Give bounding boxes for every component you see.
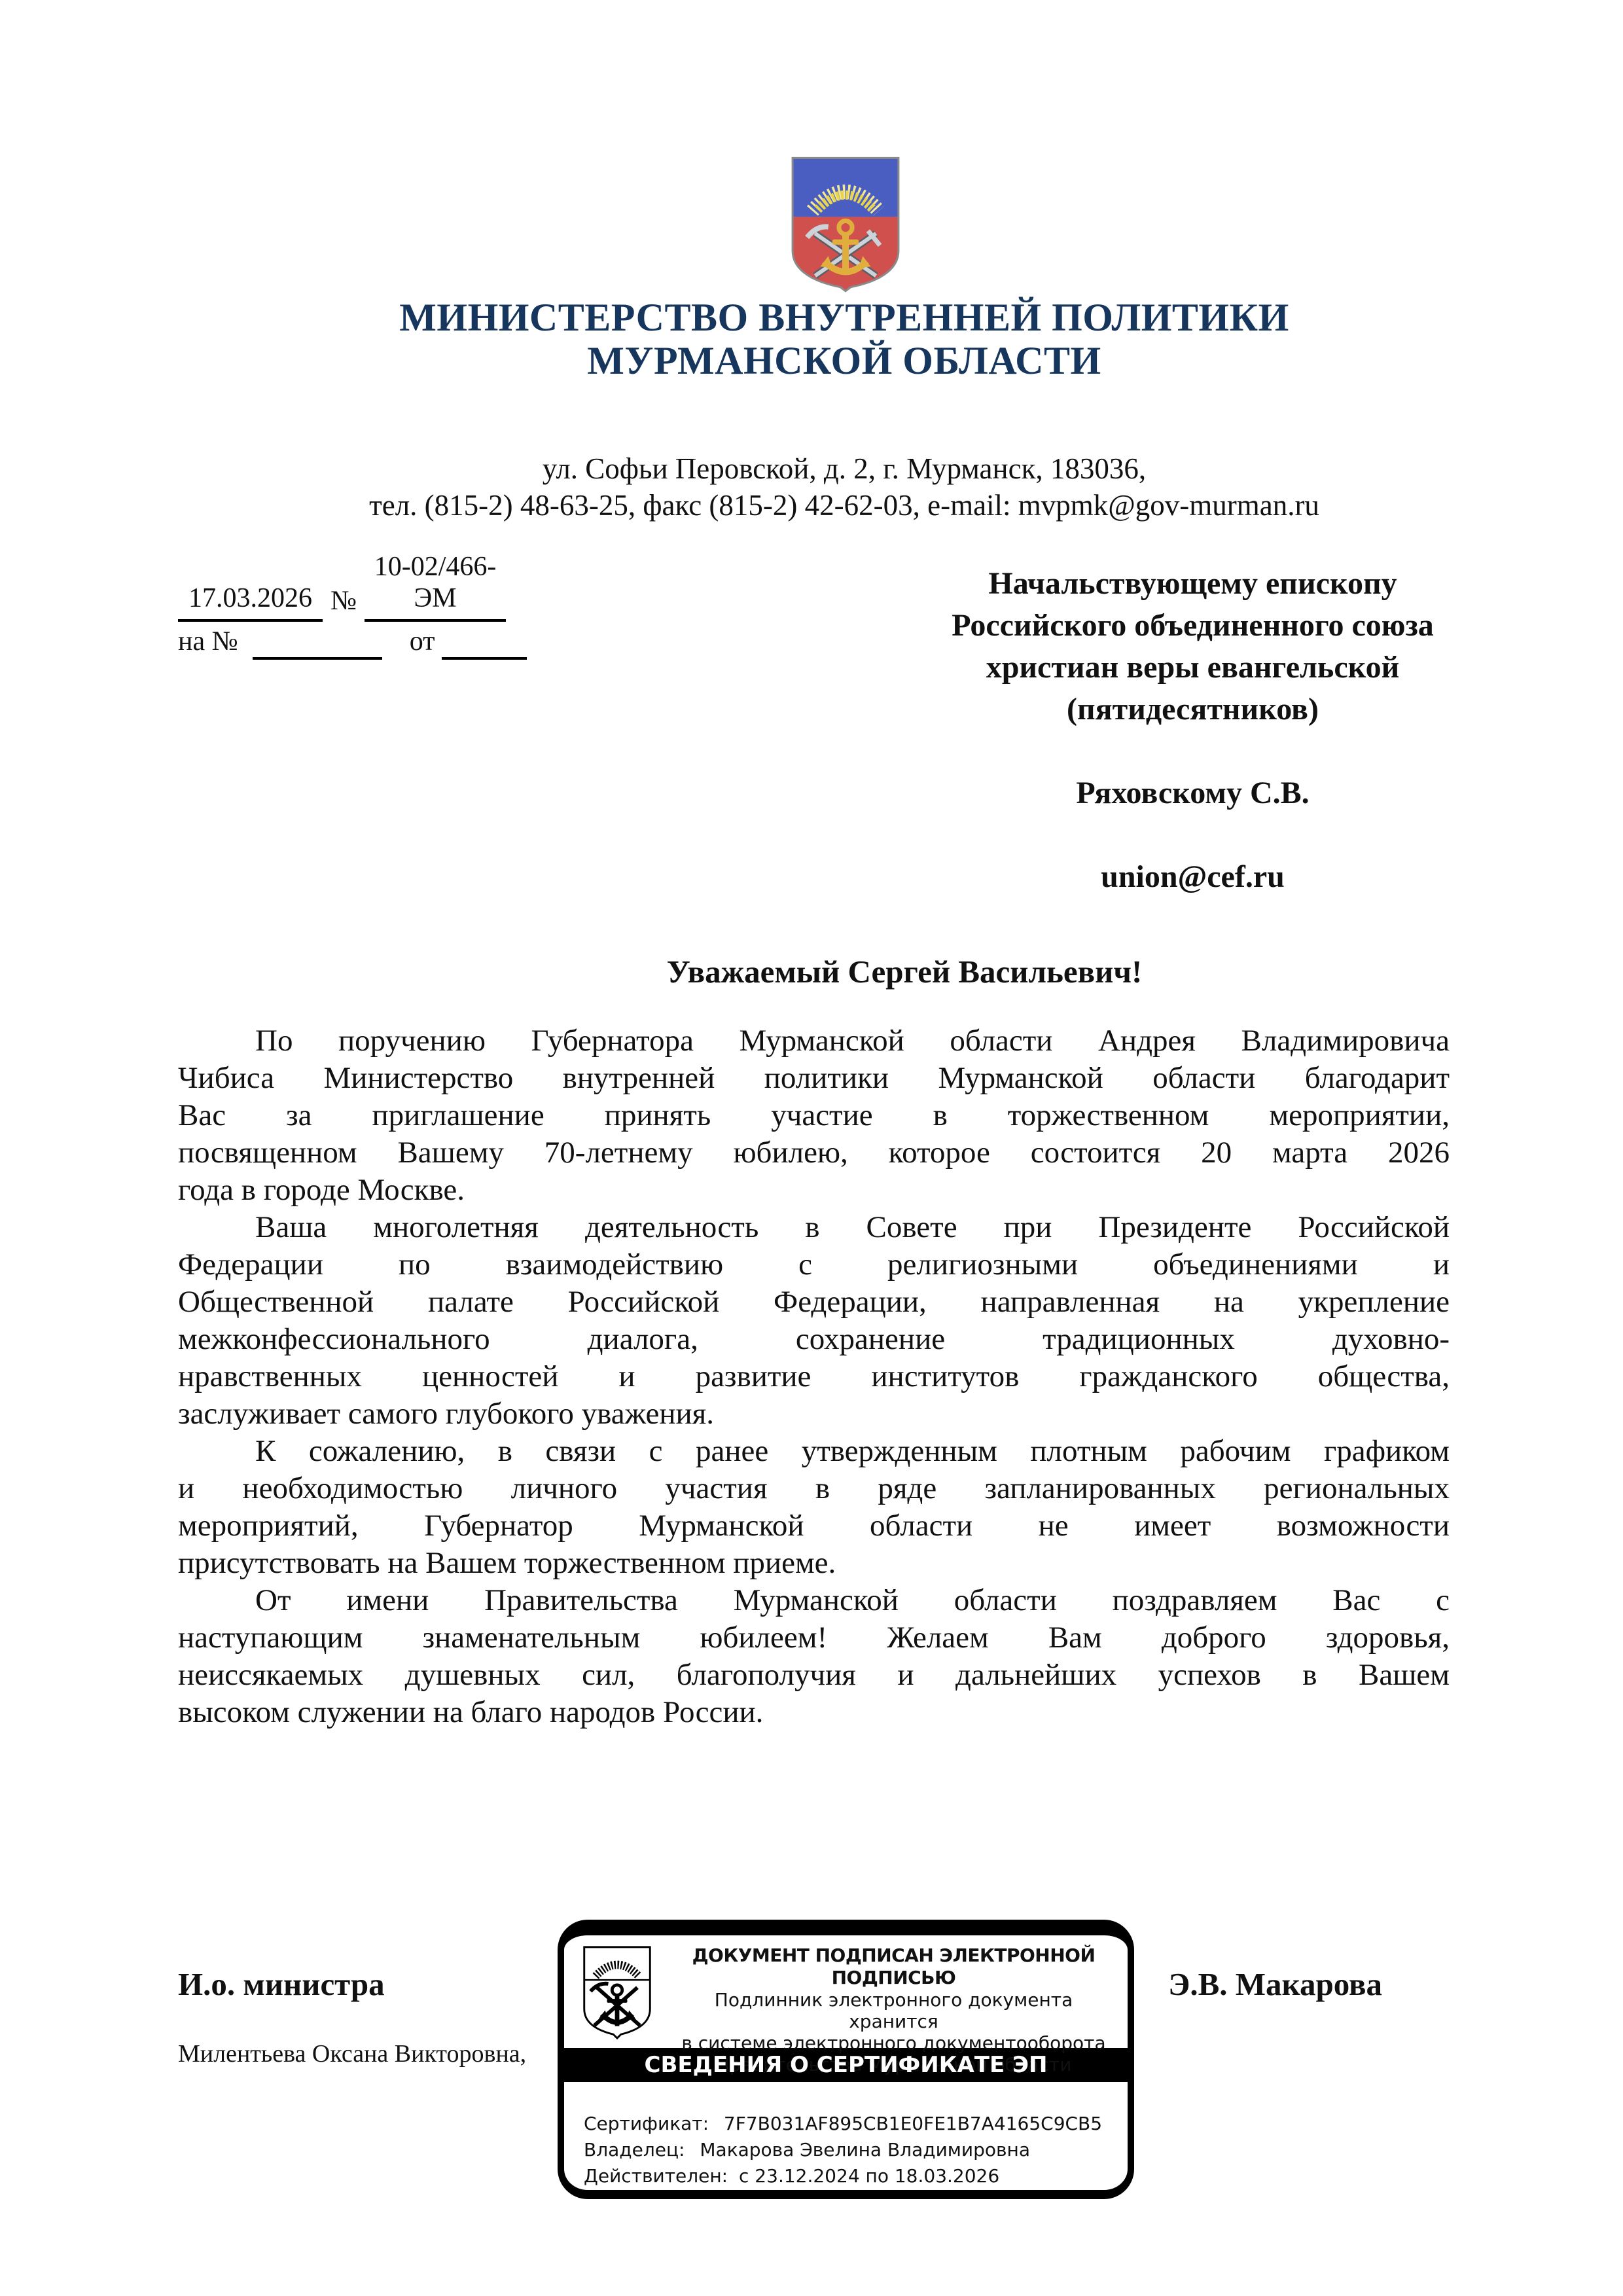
body-line: К сожалению, в связи с ранее утвержденны… [178, 1433, 1450, 1470]
body-line: Вас за приглашение принять участие в тор… [178, 1097, 1450, 1134]
body-paragraph: К сожалению, в связи с ранее утвержденны… [178, 1433, 1450, 1582]
murmansk-coat-of-arms-mono-icon [581, 1945, 653, 2039]
letter-page: МИНИСТЕРСТВО ВНУТРЕННЕЙ ПОЛИТИКИ МУРМАНС… [0, 0, 1623, 2296]
certificate-details: Сертификат: 7F7B031AF895CB1E0FE1B7A4165C… [564, 2111, 1128, 2189]
body-paragraph: По поручению Губернатора Мурманской обла… [178, 1022, 1450, 1209]
body-line: нравственных ценностей и развитие инстит… [178, 1358, 1450, 1395]
body-line: Чибиса Министерство внутренней политики … [178, 1060, 1450, 1097]
stamp-title: ДОКУМЕНТ ПОДПИСАН ЭЛЕКТРОННОЙ ПОДПИСЬЮ [670, 1945, 1117, 1989]
body-line: мероприятий, Губернатор Мурманской облас… [178, 1507, 1450, 1545]
body-line: Общественной палате Российской Федерации… [178, 1283, 1450, 1321]
body-line: По поручению Губернатора Мурманской обла… [178, 1022, 1450, 1060]
body-line: года в городе Москве. [178, 1172, 1450, 1209]
addressee-line: (пятидесятников) [838, 689, 1548, 730]
org-name-line1: МИНИСТЕРСТВО ВНУТРЕННЕЙ ПОЛИТИКИ [239, 296, 1450, 339]
executor-name: Милентьева Оксана Викторовна, [178, 2039, 526, 2068]
stamp-subtitle-line: в системе электронного документооборота [670, 2032, 1117, 2054]
owner-value: Макарова Эвелина Владимировна [700, 2137, 1030, 2163]
org-name-line2: МУРМАНСКОЙ ОБЛАСТИ [239, 339, 1450, 382]
body-line: Ваша многолетняя деятельность в Совете п… [178, 1209, 1450, 1246]
body-line: и необходимостью личного участия в ряде … [178, 1470, 1450, 1507]
body-line: посвященном Вашему 70-летнему юбилею, ко… [178, 1134, 1450, 1172]
reply-date-blank [442, 627, 527, 660]
certificate-line: Сертификат: 7F7B031AF895CB1E0FE1B7A4165C… [584, 2111, 1128, 2137]
org-address-line1: ул. Софьи Перовской, д. 2, г. Мурманск, … [239, 450, 1450, 487]
letter-date: 17.03.2026 [178, 583, 323, 622]
certificate-label: Сертификат: [584, 2111, 709, 2137]
reference-block: 17.03.2026 № 10-02/466-ЭМ на № от [178, 551, 531, 660]
owner-line: Владелец: Макарова Эвелина Владимировна [584, 2137, 1128, 2163]
addressee-email: union@cef.ru [838, 856, 1548, 898]
certificate-value: 7F7B031AF895CB1E0FE1B7A4165C9CB5 [724, 2111, 1102, 2137]
body-line: наступающим знаменательным юбилеем! Жела… [178, 1619, 1450, 1657]
addressee-name: Ряховскому С.В. [838, 772, 1548, 814]
number-sign: № [330, 585, 357, 622]
validity-line: Действителен: с 23.12.2024 по 18.03.2026 [584, 2163, 1128, 2189]
validity-label: Действителен: [584, 2163, 728, 2189]
addressee-block: Начальствующему епископуРоссийского объе… [838, 563, 1548, 898]
stamp-header: ДОКУМЕНТ ПОДПИСАН ЭЛЕКТРОННОЙ ПОДПИСЬЮ П… [564, 1935, 1128, 2043]
body-line: высоком служении на благо народов России… [178, 1694, 1450, 1731]
org-address-line2: тел. (815-2) 48-63-25, факс (815-2) 42-6… [239, 487, 1450, 524]
addressee-lines: Начальствующему епископуРоссийского объе… [838, 563, 1548, 730]
body-line: межконфессионального диалога, сохранение… [178, 1321, 1450, 1358]
owner-label: Владелец: [584, 2137, 685, 2163]
certificate-info-bar: СВЕДЕНИЯ О СЕРТИФИКАТЕ ЭП [564, 2048, 1128, 2082]
stamp-head-text: ДОКУМЕНТ ПОДПИСАН ЭЛЕКТРОННОЙ ПОДПИСЬЮ П… [670, 1945, 1117, 2043]
body-line: Федерации по взаимодействию с религиозны… [178, 1246, 1450, 1283]
body-line: От имени Правительства Мурманской област… [178, 1582, 1450, 1619]
murmansk-coat-of-arms-icon [787, 152, 904, 293]
reply-from-label: от [410, 626, 435, 660]
reply-number-blank [253, 627, 382, 660]
signer-name: Э.В. Макарова [1168, 1965, 1382, 2003]
validity-value: с 23.12.2024 по 18.03.2026 [739, 2163, 999, 2189]
reference-row-1: 17.03.2026 № 10-02/466-ЭМ [178, 551, 531, 622]
letter-body: По поручению Губернатора Мурманской обла… [178, 1022, 1450, 1731]
letter-number: 10-02/466-ЭМ [365, 551, 506, 622]
addressee-line: христиан веры евангельской [838, 647, 1548, 689]
salutation: Уважаемый Сергей Васильевич! [361, 953, 1448, 990]
body-line: заслуживает самого глубокого уважения. [178, 1395, 1450, 1433]
spacer [838, 814, 1548, 856]
body-line: неиссякаемых душевных сил, благополучия … [178, 1657, 1450, 1694]
digital-signature-stamp: ДОКУМЕНТ ПОДПИСАН ЭЛЕКТРОННОЙ ПОДПИСЬЮ П… [558, 1920, 1134, 2199]
org-header: МИНИСТЕРСТВО ВНУТРЕННЕЙ ПОЛИТИКИ МУРМАНС… [239, 296, 1450, 524]
addressee-line: Начальствующему епископу [838, 563, 1548, 605]
reference-row-2: на № от [178, 626, 531, 660]
stamp-subtitle-line: Подлинник электронного документа хранитс… [670, 1989, 1117, 2032]
body-paragraph: Ваша многолетняя деятельность в Совете п… [178, 1209, 1450, 1433]
body-paragraph: От имени Правительства Мурманской област… [178, 1582, 1450, 1731]
reply-to-label: на № [178, 626, 238, 660]
signer-position: И.о. министра [178, 1965, 385, 2003]
addressee-line: Российского объединенного союза [838, 605, 1548, 647]
body-line: присутствовать на Вашем торжественном пр… [178, 1545, 1450, 1582]
spacer [838, 730, 1548, 772]
